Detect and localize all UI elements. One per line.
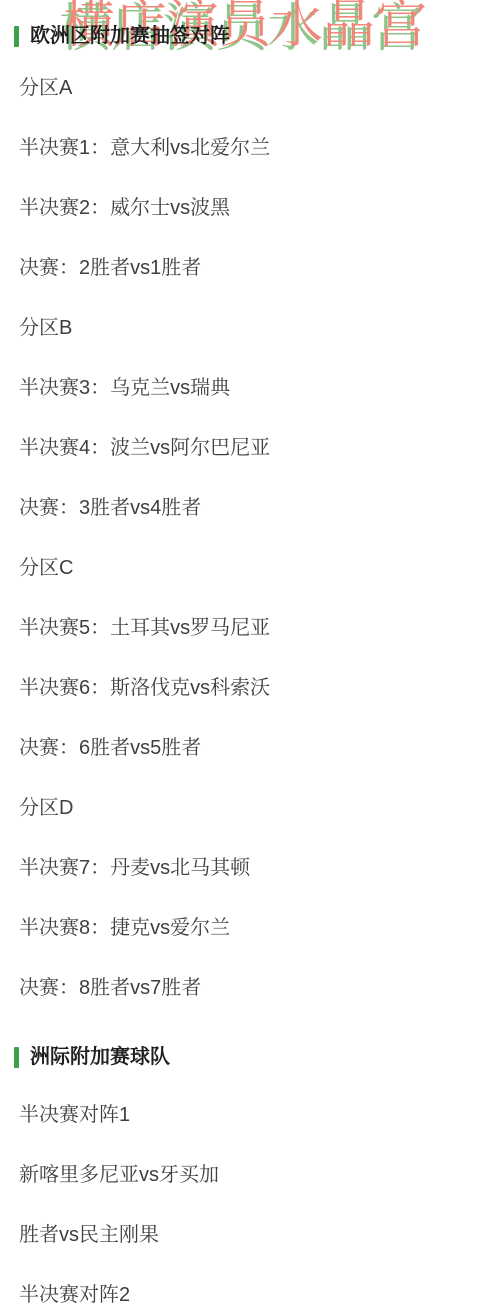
article-line-ic-match-1: 新喀里多尼亚vs牙买加 [19,1161,481,1189]
article-line-final-d: 决赛：8胜者vs7胜者 [19,974,481,1002]
article-body: 欧洲区附加赛抽签对阵 分区A 半决赛1：意大利vs北爱尔兰 半决赛2：威尔士vs… [0,0,500,1307]
article-line-semifinal-7: 半决赛7：丹麦vs北马其顿 [19,854,481,882]
section-title-intercontinental: 洲际附加赛球队 [30,1043,170,1071]
article-line-division-a: 分区A [19,74,481,102]
article-line-ic-semifinal-tie-1: 半决赛对阵1 [19,1101,481,1129]
article-line-division-c: 分区C [19,554,481,582]
article-line-semifinal-6: 半决赛6：斯洛伐克vs科索沃 [19,674,481,702]
article-line-ic-match-2: 胜者vs民主刚果 [19,1221,481,1249]
article-line-semifinal-8: 半决赛8：捷克vs爱尔兰 [19,914,481,942]
article-line-ic-semifinal-tie-2: 半决赛对阵2 [19,1281,481,1307]
article-line-division-d: 分区D [19,794,481,822]
article-line-division-b: 分区B [19,314,481,342]
section-accent-bar [14,1047,19,1068]
section-title-europe: 欧洲区附加赛抽签对阵 [30,22,230,50]
article-line-semifinal-4: 半决赛4：波兰vs阿尔巴尼亚 [19,434,481,462]
article-line-final-a: 决赛：2胜者vs1胜者 [19,254,481,282]
article-line-semifinal-3: 半决赛3：乌克兰vs瑞典 [19,374,481,402]
article-line-semifinal-2: 半决赛2：威尔士vs波黑 [19,194,481,222]
article-line-semifinal-5: 半决赛5：土耳其vs罗马尼亚 [19,614,481,642]
section-header-intercontinental: 洲际附加赛球队 [14,1043,481,1071]
section-accent-bar [14,26,19,47]
article-line-final-c: 决赛：6胜者vs5胜者 [19,734,481,762]
article-line-semifinal-1: 半决赛1：意大利vs北爱尔兰 [19,134,481,162]
section-header-europe: 欧洲区附加赛抽签对阵 [14,22,481,50]
article-line-final-b: 决赛：3胜者vs4胜者 [19,494,481,522]
